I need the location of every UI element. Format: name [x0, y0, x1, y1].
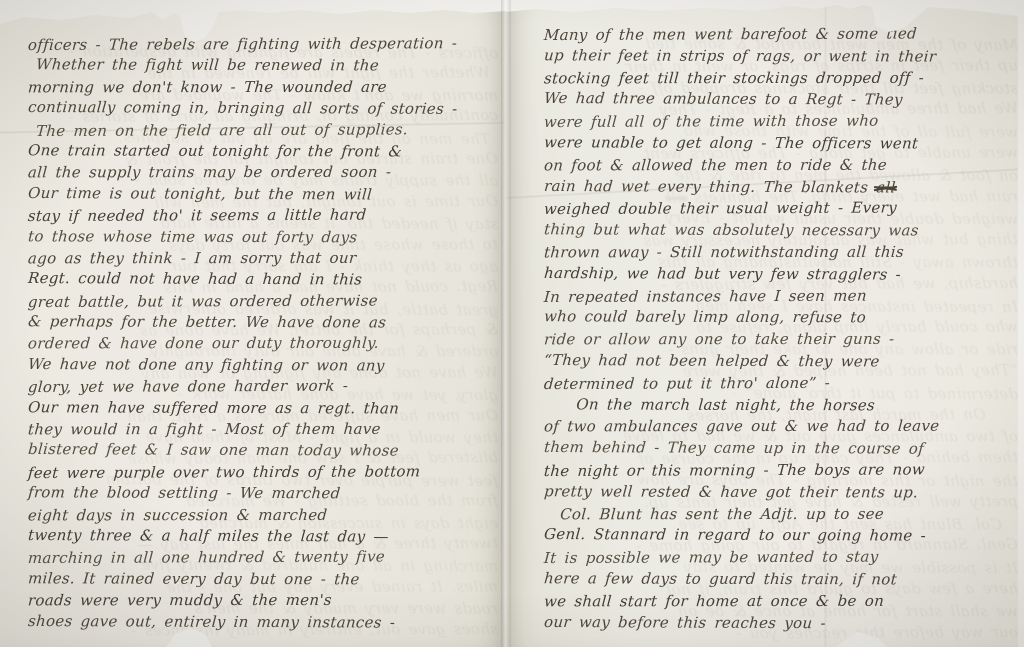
struck-out-word: all — [876, 178, 897, 196]
letter-page-left: officers - The rebels are fighting with … — [0, 0, 506, 647]
handwriting-line: Genl. Stannard in regard to our going ho… — [543, 524, 1014, 548]
handwriting-line: Whether the fight will be renewed in the — [27, 55, 502, 78]
handwriting-line: we shall start for home at once & be on — [543, 590, 1015, 612]
handwriting-line: twenty three & a half miles the last day… — [27, 525, 502, 548]
handwriting-line: We have not done any fighting or won any — [27, 354, 502, 377]
handwriting-left-page: officers - The rebels are fighting with … — [28, 34, 502, 633]
handwriting-line: eight days in succession & marched — [27, 504, 503, 526]
handwriting-line: The men on the field are all out of supp… — [27, 119, 503, 142]
handwriting-line: to those whose time was out forty days — [27, 226, 502, 249]
handwriting-text: rain had wet every thing. The blankets — [543, 177, 876, 196]
handwriting-line: blistered feet & I saw one man today who… — [27, 439, 502, 462]
handwriting-line: thrown away - Still notwithstanding all … — [543, 242, 1015, 264]
letter-page-right: Many of the men went barefoot & some tie… — [506, 0, 1024, 647]
handwriting-line: Our men have suffered more as a regt. th… — [27, 397, 502, 420]
handwriting-line: all the supply trains may be ordered soo… — [27, 162, 503, 184]
handwriting-line: up their feet in strips of rags, or went… — [543, 45, 1014, 68]
handwriting-line: “They had not been helped & they were — [543, 350, 1014, 374]
handwriting-line: great battle, but it was ordered otherwi… — [27, 290, 503, 313]
handwriting-line: roads were very muddy & the men's — [27, 590, 503, 612]
handwriting-line: rain had wet every thing. The blankets a… — [543, 176, 1014, 200]
handwriting-line: ordered & have done our duty thoroughly. — [27, 333, 503, 355]
handwriting-line: stocking feet till their stockings dropp… — [543, 67, 1015, 89]
handwriting-line: weighed double their usual weight - Ever… — [543, 197, 1015, 221]
handwriting-line: It is possible we may be wanted to stay — [543, 546, 1015, 570]
handwriting-line: In repeated instances have I seen men — [543, 285, 1015, 309]
handwriting-line: continually coming in, bringing all sort… — [27, 97, 502, 120]
handwriting-line: Our time is out tonight, but the men wil… — [27, 183, 502, 206]
handwriting-right-page: Many of the men went barefoot & some tie… — [544, 24, 1014, 634]
letter-scan-background: officers - The rebels are fighting with … — [0, 0, 1024, 647]
handwriting-line: who could barely limp along, refuse to — [543, 307, 1014, 330]
handwriting-line: they would in a fight - Most of them hav… — [27, 419, 503, 441]
handwriting-line: On the march last night, the horses — [543, 394, 1014, 417]
handwriting-line: miles. It rained every day but one - the — [27, 568, 502, 591]
handwriting-line: morning we don't know - The wounded are — [27, 76, 503, 98]
handwriting-line: glory, yet we have done harder work - — [27, 375, 503, 398]
handwriting-line: them behind - They came up in the course… — [543, 437, 1014, 461]
handwriting-line: here a few days to guard this train, if … — [543, 568, 1014, 591]
handwriting-line: marching in all one hundred & twenty fiv… — [27, 546, 503, 569]
handwriting-line: from the blood settling - We marched — [27, 482, 502, 505]
handwriting-line: One train started out tonight for the fr… — [27, 140, 502, 163]
handwriting-line: thing but what was absolutely necessary … — [543, 219, 1014, 242]
handwriting-line: Many of the men went barefoot & some tie… — [543, 23, 1015, 47]
handwriting-line: our way before this reaches you - — [543, 611, 1014, 635]
handwriting-line: officers - The rebels are fighting with … — [27, 33, 503, 56]
handwriting-line: of two ambulances gave out & we had to l… — [543, 416, 1015, 438]
handwriting-line: determined to put it thro' alone” - — [543, 372, 1015, 396]
handwriting-line: on foot & allowed the men to ride & the — [543, 154, 1015, 176]
handwriting-line: the night or this morning - The boys are… — [543, 459, 1015, 483]
handwriting-line: stay if needed tho' it seems a little ha… — [27, 204, 503, 227]
handwriting-line: pretty well rested & have got their tent… — [543, 481, 1014, 504]
handwriting-line: feet were purple over two thirds of the … — [27, 461, 503, 484]
handwriting-line: Regt. could not have had a hand in this — [27, 268, 502, 291]
handwriting-line: ago as they think - I am sorry that our — [27, 248, 503, 270]
handwriting-line: shoes gave out, entirely in many instanc… — [27, 611, 502, 634]
handwriting-line: were unable to get along - The officers … — [543, 132, 1014, 155]
handwriting-line: We had three ambulances to a Regt - They — [543, 88, 1014, 112]
handwriting-line: were full all of the time with those who — [543, 110, 1015, 134]
handwriting-line: Col. Blunt has sent the Adjt. up to see — [543, 503, 1015, 525]
handwriting-line: & perhaps for the better. We have done a… — [27, 311, 502, 334]
handwriting-line: ride or allow any one to take their guns… — [543, 329, 1015, 351]
handwriting-line: hardship, we had but very few stragglers… — [543, 263, 1014, 287]
